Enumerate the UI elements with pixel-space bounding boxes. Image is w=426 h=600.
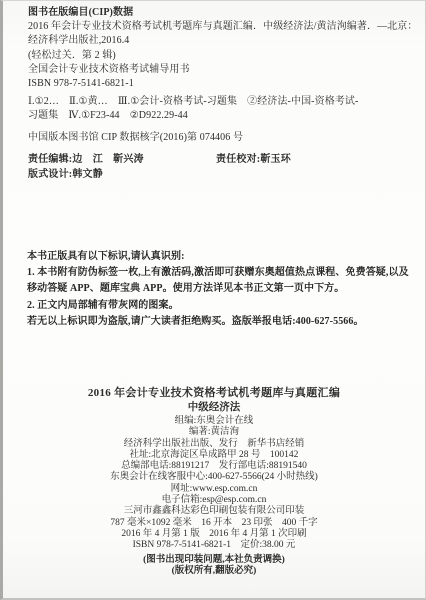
book-title: 2016 年会计专业技术资格考试机考题库与真题汇编 xyxy=(3,386,425,401)
imprint-line-website: 网址:www.esp.com.cn xyxy=(3,484,425,495)
imprint-line-author: 编著:黄洁洵 xyxy=(3,427,425,438)
notice-line: 本书正版具有以下标识,请认真识别: xyxy=(27,249,417,265)
notice-line: 若无以上标识即为盗版,请广大读者拒绝购买。盗版举报电话:400-627-5566… xyxy=(27,314,417,330)
imprint-line-phones: 总编部电话:88191217 发行部电话:88191540 xyxy=(3,461,425,472)
cip-class-line: 习题集 Ⅳ.①F23-44 ②D922.29-44 xyxy=(28,109,415,123)
cip-registry-line: 中国版本图书馆 CIP 数据核字(2016)第 074406 号 xyxy=(28,131,415,145)
notice-line: 移动答疑 APP、题库宝典 APP。使用方法详见本书正文第一页中下方。 xyxy=(27,281,417,297)
imprint-line-format: 787 毫米×1092 毫米 16 开本 23 印张 400 千字 xyxy=(3,518,425,529)
copyright-note: (版权所有,翻版必究) xyxy=(3,566,425,578)
imprint-line-address: 社址:北京海淀区阜成路甲 28 号 100142 xyxy=(3,450,425,461)
imprint-line-isbn-price: ISBN 978-7-5141-6821-1 定价:38.00 元 xyxy=(3,540,425,551)
anti-piracy-notice: 本书正版具有以下标识,请认真识别: 1. 本书附有防伪标签一枚,上有激活码,激活… xyxy=(27,249,417,330)
colophon-notes: (图书出现印装问题,本社负责调换) (版权所有,翻版必究) xyxy=(3,555,425,578)
cip-isbn-line: ISBN 978-7-5141-6821-1 xyxy=(28,77,415,91)
designer-credit: 版式设计:韩文静 xyxy=(28,167,415,182)
cip-line: (轻松过关．第 2 辑) xyxy=(28,49,415,63)
notice-line: 1. 本书附有防伪标签一枚,上有激活码,激活即可获赠东奥超值热点课程、免费答疑,… xyxy=(27,265,417,281)
staff-row: 责任编辑:边 江 靳兴涛 责任校对:靳玉环 xyxy=(28,152,415,167)
imprint-line-email: 电子信箱:esp@esp.com.cn xyxy=(3,495,425,506)
editors-credit: 责任编辑:边 江 靳兴涛 xyxy=(28,152,216,167)
cip-class-line: Ⅰ.①2… Ⅱ.①黄… Ⅲ.①会计-资格考试-习题集 ②经济法-中国-资格考试- xyxy=(28,95,415,109)
proofreader-credit: 责任校对:靳玉环 xyxy=(216,152,291,167)
notice-line: 2. 正文内局部辅有带灰网的图案。 xyxy=(27,298,417,314)
imprint-line-publisher: 经济科学出版社出版、发行 新华书店经销 xyxy=(3,439,425,450)
exchange-note: (图书出现印装问题,本社负责调换) xyxy=(3,555,425,567)
cip-classification: Ⅰ.①2… Ⅱ.①黄… Ⅲ.①会计-资格考试-习题集 ②经济法-中国-资格考试-… xyxy=(28,95,415,123)
book-subtitle: 中级经济法 xyxy=(3,401,425,415)
colophon: 2016 年会计专业技术资格考试机考题库与真题汇编 中级经济法 组编:东奥会计在… xyxy=(3,386,425,578)
cip-heading: 图书在版编目(CIP)数据 xyxy=(28,6,415,20)
imprint-line-printer: 三河市鑫鑫科达彩色印刷包装有限公司印装 xyxy=(3,506,425,517)
staff-credits: 责任编辑:边 江 靳兴涛 责任校对:靳玉环 版式设计:韩文静 xyxy=(28,152,415,182)
imprint-line-service-hotline: 东奥会计在线客服中心:400-627-5566(24 小时热线) xyxy=(3,472,425,483)
cip-block: 图书在版编目(CIP)数据 2016 年会计专业技术资格考试机考题库与真题汇编．… xyxy=(28,6,415,145)
cip-line: 全国会计专业技术资格考试辅导用书 xyxy=(28,63,415,77)
imprint-line-organizer: 组编:东奥会计在线 xyxy=(3,416,425,427)
imprint-lines: 组编:东奥会计在线 编著:黄洁洵 经济科学出版社出版、发行 新华书店经销 社址:… xyxy=(3,416,425,552)
cip-line: 2016 年会计专业技术资格考试机考题库与真题汇编．中级经济法/黄洁洵编著．—北… xyxy=(28,20,415,34)
imprint-line-edition: 2016 年 4 月第 1 版 2016 年 4 月第 1 次印刷 xyxy=(3,529,425,540)
cip-line: 经济科学出版社,2016.4 xyxy=(28,34,415,48)
copyright-page: 图书在版编目(CIP)数据 2016 年会计专业技术资格考试机考题库与真题汇编．… xyxy=(0,0,426,600)
